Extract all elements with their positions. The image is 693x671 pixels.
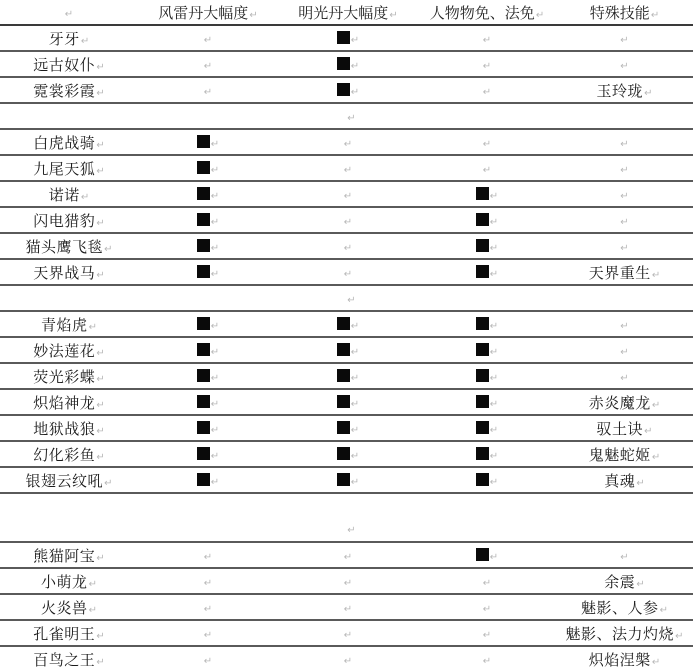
paragraph-mark-icon: ↵ [490,425,498,436]
immunity-cell: ↵ [418,207,556,233]
mount-name: 诺诺 [49,186,80,204]
mount-name: 百鸟之王 [33,651,95,669]
paragraph-mark-icon: ↵ [96,657,104,668]
filled-square-mark-icon [197,369,210,382]
immunity-cell: ↵ [418,337,556,363]
paragraph-mark-icon: ↵ [347,295,355,306]
paragraph-mark-icon: ↵ [652,270,660,281]
paragraph-mark-icon: ↵ [211,425,219,436]
paragraph-mark-icon: ↵ [351,399,359,410]
paragraph-mark-icon: ↵ [351,477,359,488]
paragraph-mark-icon: ↵ [89,322,97,333]
mount-comparison-table: ↵ 风雷丹大幅度↵ 明光丹大幅度↵ 人物物免、法免↵ 特殊技能↵ 牙牙↵↵↵↵↵… [0,0,693,671]
paragraph-mark-icon: ↵ [89,579,97,590]
filled-square-mark-icon [476,548,489,561]
mount-name-cell: 诺诺↵ [0,181,138,207]
paragraph-mark-icon: ↵ [351,451,359,462]
immunity-cell: ↵ [418,311,556,337]
mount-name: 孔雀明王 [33,625,95,643]
paragraph-mark-icon: ↵ [204,61,212,72]
mount-name: 闪电猎豹 [33,212,95,230]
filled-square-mark-icon [337,473,350,486]
mount-name-cell: 银翅云纹吼↵ [0,467,138,493]
paragraph-mark-icon: ↵ [211,243,219,254]
special-skill-cell: ↵ [556,207,693,233]
mount-name: 白虎战骑 [33,134,95,152]
fenglei-cell: ↵ [138,594,278,620]
paragraph-mark-icon: ↵ [490,243,498,254]
fenglei-cell: ↵ [138,155,278,181]
paragraph-mark-icon: ↵ [351,321,359,332]
header-col-fenglei: 风雷丹大幅度↵ [138,0,278,25]
filled-square-mark-icon [197,473,210,486]
filled-square-mark-icon [337,317,350,330]
paragraph-mark-icon: ↵ [490,552,498,563]
immunity-cell: ↵ [418,467,556,493]
fenglei-cell: ↵ [138,259,278,285]
paragraph-mark-icon: ↵ [620,373,628,384]
special-skill: 天界重生 [589,264,651,282]
special-skill: 玉玲珑 [597,82,644,100]
special-skill-cell: 魅影、法力灼烧↵ [556,620,693,646]
special-skill-cell: ↵ [556,311,693,337]
mount-name-cell: 孔雀明王↵ [0,620,138,646]
paragraph-mark-icon: ↵ [344,552,352,563]
fenglei-cell: ↵ [138,620,278,646]
mount-name: 小萌龙 [41,573,88,591]
immunity-cell: ↵ [418,25,556,51]
mount-name-cell: 九尾天狐↵ [0,155,138,181]
paragraph-mark-icon: ↵ [536,10,544,21]
mount-name-cell: 炽焰神龙↵ [0,389,138,415]
mount-name: 九尾天狐 [33,160,95,178]
mingguang-cell: ↵ [278,620,418,646]
mingguang-cell: ↵ [278,155,418,181]
mingguang-cell: ↵ [278,415,418,441]
paragraph-mark-icon: ↵ [96,452,104,463]
paragraph-mark-icon: ↵ [636,478,644,489]
fenglei-cell: ↵ [138,129,278,155]
special-skill-cell: 玉玲珑↵ [556,77,693,103]
special-skill-cell: ↵ [556,129,693,155]
special-skill: 驭土诀 [597,420,644,438]
mingguang-cell: ↵ [278,25,418,51]
filled-square-mark-icon [197,395,210,408]
paragraph-mark-icon: ↵ [96,166,104,177]
filled-square-mark-icon [476,447,489,460]
mount-name: 火炎兽 [41,599,88,617]
table-row: 九尾天狐↵↵↵↵↵ [0,155,693,181]
paragraph-mark-icon: ↵ [344,604,352,615]
paragraph-mark-icon: ↵ [620,165,628,176]
mount-name: 幻化彩鱼 [33,446,95,464]
paragraph-mark-icon: ↵ [81,192,89,203]
paragraph-mark-icon: ↵ [344,165,352,176]
mount-name-cell: 牙牙↵ [0,25,138,51]
filled-square-mark-icon [337,83,350,96]
header-label: 人物物免、法免 [430,4,535,22]
header-row: ↵ 风雷丹大幅度↵ 明光丹大幅度↵ 人物物免、法免↵ 特殊技能↵ [0,0,693,25]
mingguang-cell: ↵ [278,594,418,620]
header-label: 特殊技能 [590,4,650,22]
paragraph-mark-icon: ↵ [490,269,498,280]
mingguang-cell: ↵ [278,207,418,233]
filled-square-mark-icon [197,161,210,174]
special-skill-cell: ↵ [556,51,693,77]
paragraph-mark-icon: ↵ [204,578,212,589]
filled-square-mark-icon [197,343,210,356]
table-row: 银翅云纹吼↵↵↵↵真魂↵ [0,467,693,493]
mount-name: 银翅云纹吼 [26,472,104,490]
mount-name: 猫头鹰飞毯 [26,238,104,256]
special-skill: 赤炎魔龙 [589,394,651,412]
filled-square-mark-icon [197,213,210,226]
filled-square-mark-icon [197,239,210,252]
paragraph-mark-icon: ↵ [347,113,355,124]
paragraph-mark-icon: ↵ [652,657,660,668]
fenglei-cell: ↵ [138,646,278,671]
paragraph-mark-icon: ↵ [65,9,73,20]
paragraph-mark-icon: ↵ [490,373,498,384]
mingguang-cell: ↵ [278,646,418,671]
paragraph-mark-icon: ↵ [96,553,104,564]
table-row: 熊猫阿宝↵↵↵↵↵ [0,542,693,568]
filled-square-mark-icon [337,447,350,460]
special-skill-cell: 驭土诀↵ [556,415,693,441]
mingguang-cell: ↵ [278,441,418,467]
special-skill-cell: 赤炎魔龙↵ [556,389,693,415]
mount-name-cell: 荧光彩蝶↵ [0,363,138,389]
paragraph-mark-icon: ↵ [490,399,498,410]
paragraph-mark-icon: ↵ [490,217,498,228]
paragraph-mark-icon: ↵ [389,10,397,21]
paragraph-mark-icon: ↵ [490,451,498,462]
mount-name-cell: 火炎兽↵ [0,594,138,620]
mount-name-cell: 猫头鹰飞毯↵ [0,233,138,259]
table-row: 猫头鹰飞毯↵↵↵↵↵ [0,233,693,259]
filled-square-mark-icon [476,187,489,200]
paragraph-mark-icon: ↵ [204,552,212,563]
paragraph-mark-icon: ↵ [96,140,104,151]
paragraph-mark-icon: ↵ [204,630,212,641]
paragraph-mark-icon: ↵ [660,605,668,616]
paragraph-mark-icon: ↵ [344,578,352,589]
table-row: 青焰虎↵↵↵↵↵ [0,311,693,337]
fenglei-cell: ↵ [138,233,278,259]
mount-name: 熊猫阿宝 [33,547,95,565]
table-row: 远古奴仆↵↵↵↵↵ [0,51,693,77]
filled-square-mark-icon [337,343,350,356]
mount-name-cell: 熊猫阿宝↵ [0,542,138,568]
paragraph-mark-icon: ↵ [483,578,491,589]
mingguang-cell: ↵ [278,389,418,415]
paragraph-mark-icon: ↵ [104,478,112,489]
immunity-cell: ↵ [418,646,556,671]
paragraph-mark-icon: ↵ [483,35,491,46]
paragraph-mark-icon: ↵ [211,269,219,280]
paragraph-mark-icon: ↵ [96,348,104,359]
filled-square-mark-icon [476,343,489,356]
special-skill-cell: ↵ [556,363,693,389]
filled-square-mark-icon [476,395,489,408]
header-label: 风雷丹大幅度 [158,4,248,22]
mingguang-cell: ↵ [278,568,418,594]
table-row: 霓裳彩霞↵↵↵↵玉玲珑↵ [0,77,693,103]
table-row: 炽焰神龙↵↵↵↵赤炎魔龙↵ [0,389,693,415]
paragraph-mark-icon: ↵ [96,426,104,437]
paragraph-mark-icon: ↵ [211,373,219,384]
paragraph-mark-icon: ↵ [620,243,628,254]
paragraph-mark-icon: ↵ [211,139,219,150]
mount-name: 炽焰神龙 [33,394,95,412]
immunity-cell: ↵ [418,51,556,77]
table-row: 天界战马↵↵↵↵天界重生↵ [0,259,693,285]
paragraph-mark-icon: ↵ [204,604,212,615]
paragraph-mark-icon: ↵ [96,400,104,411]
special-skill-cell: ↵ [556,337,693,363]
table-row: 火炎兽↵↵↵↵魅影、人参↵ [0,594,693,620]
header-col-name: ↵ [0,0,138,25]
filled-square-mark-icon [337,31,350,44]
paragraph-mark-icon: ↵ [104,244,112,255]
paragraph-mark-icon: ↵ [347,525,355,536]
immunity-cell: ↵ [418,568,556,594]
paragraph-mark-icon: ↵ [96,62,104,73]
paragraph-mark-icon: ↵ [675,631,683,642]
mount-name-cell: 闪电猎豹↵ [0,207,138,233]
separator-cell: ↵ [0,285,693,311]
special-skill-cell: 鬼魅蛇姬↵ [556,441,693,467]
immunity-cell: ↵ [418,77,556,103]
paragraph-mark-icon: ↵ [490,477,498,488]
table-row: 白虎战骑↵↵↵↵↵ [0,129,693,155]
paragraph-mark-icon: ↵ [636,579,644,590]
fenglei-cell: ↵ [138,25,278,51]
paragraph-mark-icon: ↵ [483,139,491,150]
mingguang-cell: ↵ [278,337,418,363]
filled-square-mark-icon [337,395,350,408]
paragraph-mark-icon: ↵ [96,270,104,281]
filled-square-mark-icon [197,187,210,200]
immunity-cell: ↵ [418,542,556,568]
fenglei-cell: ↵ [138,542,278,568]
separator-cell: ↵ [0,493,693,542]
fenglei-cell: ↵ [138,337,278,363]
special-skill-cell: ↵ [556,233,693,259]
paragraph-mark-icon: ↵ [96,631,104,642]
special-skill: 真魂 [604,472,635,490]
mingguang-cell: ↵ [278,542,418,568]
table-header: ↵ 风雷丹大幅度↵ 明光丹大幅度↵ 人物物免、法免↵ 特殊技能↵ [0,0,693,25]
paragraph-mark-icon: ↵ [490,347,498,358]
filled-square-mark-icon [337,57,350,70]
paragraph-mark-icon: ↵ [483,656,491,667]
mingguang-cell: ↵ [278,181,418,207]
immunity-cell: ↵ [418,129,556,155]
mount-name: 远古奴仆 [33,56,95,74]
mount-name-cell: 百鸟之王↵ [0,646,138,671]
table-row: 小萌龙↵↵↵↵余震↵ [0,568,693,594]
mingguang-cell: ↵ [278,233,418,259]
filled-square-mark-icon [197,421,210,434]
mingguang-cell: ↵ [278,259,418,285]
filled-square-mark-icon [337,369,350,382]
fenglei-cell: ↵ [138,415,278,441]
fenglei-cell: ↵ [138,311,278,337]
mount-name: 妙法莲花 [33,342,95,360]
group-separator-row: ↵ [0,103,693,129]
special-skill-cell: ↵ [556,542,693,568]
special-skill: 炽焰涅槃 [589,651,651,669]
filled-square-mark-icon [197,135,210,148]
mount-name: 荧光彩蝶 [33,368,95,386]
paragraph-mark-icon: ↵ [211,165,219,176]
fenglei-cell: ↵ [138,467,278,493]
paragraph-mark-icon: ↵ [351,373,359,384]
special-skill: 余震 [604,573,635,591]
special-skill: 鬼魅蛇姬 [589,446,651,464]
paragraph-mark-icon: ↵ [620,552,628,563]
filled-square-mark-icon [476,421,489,434]
mount-name: 牙牙 [49,30,80,48]
mingguang-cell: ↵ [278,51,418,77]
paragraph-mark-icon: ↵ [490,321,498,332]
paragraph-mark-icon: ↵ [351,425,359,436]
mount-name-cell: 幻化彩鱼↵ [0,441,138,467]
special-skill-cell: ↵ [556,25,693,51]
paragraph-mark-icon: ↵ [211,399,219,410]
paragraph-mark-icon: ↵ [483,87,491,98]
table-row: 孔雀明王↵↵↵↵魅影、法力灼烧↵ [0,620,693,646]
table-row: 诺诺↵↵↵↵↵ [0,181,693,207]
immunity-cell: ↵ [418,441,556,467]
special-skill-cell: 魅影、人参↵ [556,594,693,620]
mount-name-cell: 妙法莲花↵ [0,337,138,363]
group-separator-row: ↵ [0,493,693,542]
mount-name: 青焰虎 [41,316,88,334]
mount-name-cell: 青焰虎↵ [0,311,138,337]
filled-square-mark-icon [476,317,489,330]
paragraph-mark-icon: ↵ [89,605,97,616]
paragraph-mark-icon: ↵ [351,61,359,72]
paragraph-mark-icon: ↵ [651,10,659,21]
header-col-skill: 特殊技能↵ [556,0,693,25]
table-row: 百鸟之王↵↵↵↵炽焰涅槃↵ [0,646,693,671]
mount-name-cell: 地狱战狼↵ [0,415,138,441]
mingguang-cell: ↵ [278,467,418,493]
filled-square-mark-icon [476,473,489,486]
paragraph-mark-icon: ↵ [211,477,219,488]
paragraph-mark-icon: ↵ [620,139,628,150]
header-col-mingguang: 明光丹大幅度↵ [278,0,418,25]
special-skill-cell: 炽焰涅槃↵ [556,646,693,671]
paragraph-mark-icon: ↵ [211,217,219,228]
paragraph-mark-icon: ↵ [344,630,352,641]
paragraph-mark-icon: ↵ [344,191,352,202]
table-row: 荧光彩蝶↵↵↵↵↵ [0,363,693,389]
paragraph-mark-icon: ↵ [620,191,628,202]
immunity-cell: ↵ [418,259,556,285]
paragraph-mark-icon: ↵ [620,61,628,72]
paragraph-mark-icon: ↵ [620,35,628,46]
paragraph-mark-icon: ↵ [211,191,219,202]
paragraph-mark-icon: ↵ [344,656,352,667]
paragraph-mark-icon: ↵ [620,217,628,228]
fenglei-cell: ↵ [138,181,278,207]
special-skill-cell: 余震↵ [556,568,693,594]
filled-square-mark-icon [476,213,489,226]
immunity-cell: ↵ [418,415,556,441]
immunity-cell: ↵ [418,389,556,415]
mingguang-cell: ↵ [278,129,418,155]
paragraph-mark-icon: ↵ [351,35,359,46]
paragraph-mark-icon: ↵ [249,10,257,21]
fenglei-cell: ↵ [138,207,278,233]
table-row: 闪电猎豹↵↵↵↵↵ [0,207,693,233]
immunity-cell: ↵ [418,181,556,207]
paragraph-mark-icon: ↵ [620,347,628,358]
table-row: 幻化彩鱼↵↵↵↵鬼魅蛇姬↵ [0,441,693,467]
paragraph-mark-icon: ↵ [344,269,352,280]
paragraph-mark-icon: ↵ [344,217,352,228]
paragraph-mark-icon: ↵ [96,88,104,99]
immunity-cell: ↵ [418,594,556,620]
fenglei-cell: ↵ [138,441,278,467]
mingguang-cell: ↵ [278,363,418,389]
table-body: 牙牙↵↵↵↵↵远古奴仆↵↵↵↵↵霓裳彩霞↵↵↵↵玉玲珑↵↵白虎战骑↵↵↵↵↵九尾… [0,25,693,671]
paragraph-mark-icon: ↵ [644,88,652,99]
group-separator-row: ↵ [0,285,693,311]
mount-name: 霓裳彩霞 [33,82,95,100]
paragraph-mark-icon: ↵ [204,35,212,46]
immunity-cell: ↵ [418,363,556,389]
header-col-mian: 人物物免、法免↵ [418,0,556,25]
paragraph-mark-icon: ↵ [344,139,352,150]
special-skill-cell: 天界重生↵ [556,259,693,285]
mount-name-cell: 小萌龙↵ [0,568,138,594]
paragraph-mark-icon: ↵ [81,36,89,47]
mount-name: 天界战马 [33,264,95,282]
paragraph-mark-icon: ↵ [483,604,491,615]
filled-square-mark-icon [476,265,489,278]
table-row: 牙牙↵↵↵↵↵ [0,25,693,51]
special-skill-cell: ↵ [556,155,693,181]
paragraph-mark-icon: ↵ [351,347,359,358]
paragraph-mark-icon: ↵ [96,218,104,229]
fenglei-cell: ↵ [138,77,278,103]
paragraph-mark-icon: ↵ [652,452,660,463]
paragraph-mark-icon: ↵ [351,87,359,98]
mount-name: 地狱战狼 [33,420,95,438]
special-skill: 魅影、人参 [581,599,659,617]
filled-square-mark-icon [476,369,489,382]
mount-name-cell: 白虎战骑↵ [0,129,138,155]
immunity-cell: ↵ [418,233,556,259]
paragraph-mark-icon: ↵ [483,61,491,72]
fenglei-cell: ↵ [138,568,278,594]
paragraph-mark-icon: ↵ [211,451,219,462]
mount-name-cell: 远古奴仆↵ [0,51,138,77]
mingguang-cell: ↵ [278,311,418,337]
paragraph-mark-icon: ↵ [483,630,491,641]
filled-square-mark-icon [476,239,489,252]
special-skill-cell: ↵ [556,181,693,207]
separator-cell: ↵ [0,103,693,129]
paragraph-mark-icon: ↵ [204,87,212,98]
paragraph-mark-icon: ↵ [211,321,219,332]
mount-name-cell: 霓裳彩霞↵ [0,77,138,103]
table-row: 地狱战狼↵↵↵↵驭土诀↵ [0,415,693,441]
